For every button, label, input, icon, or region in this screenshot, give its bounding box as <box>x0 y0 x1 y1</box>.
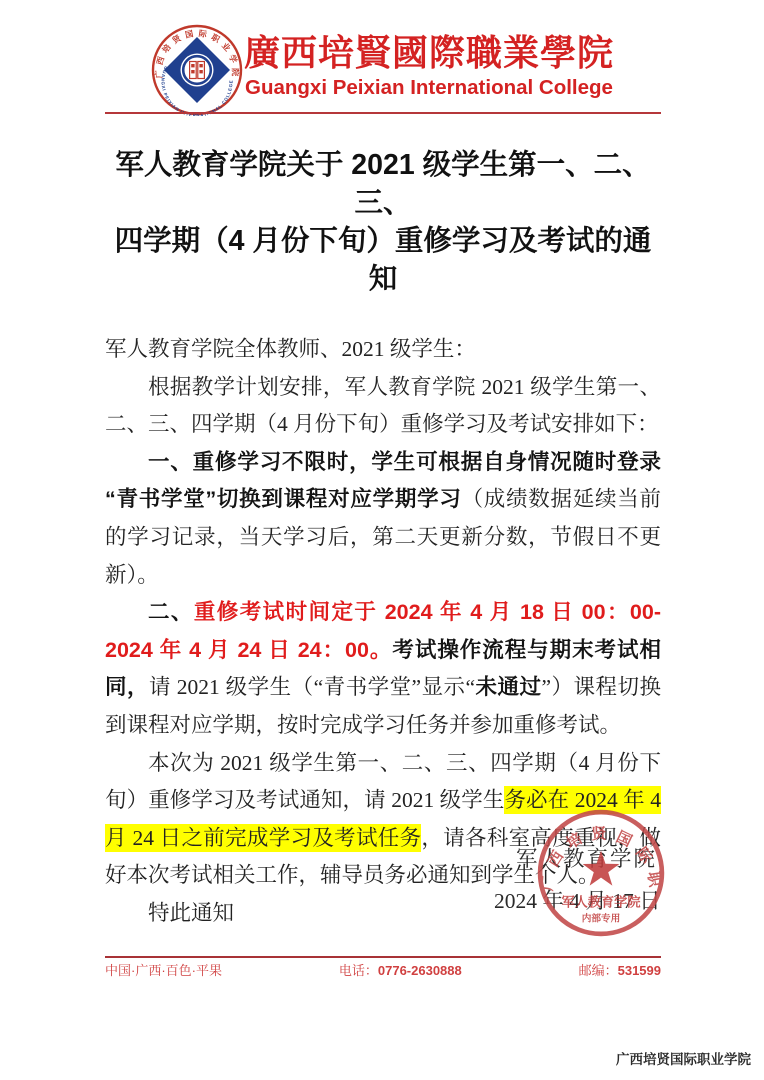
college-logo-icon: 广西培贤国际职业学院 GUANGXI PEIXIAN INTERNATIONAL… <box>151 24 243 116</box>
footer-contact-row: 中国·广西·百色·平果 电话：0776-2630888 邮编：531599 <box>105 962 661 980</box>
notice-title-line1: 军人教育学院关于 2021 级学生第一、二、三、 <box>115 149 650 219</box>
notice-title: 军人教育学院关于 2021 级学生第一、二、三、 四学期（4 月份下旬）重修学习… <box>105 146 661 298</box>
header-divider-line <box>105 112 661 114</box>
stamp-star-icon <box>583 851 620 886</box>
footer-address: 中国·广西·百色·平果 <box>105 962 222 980</box>
footer-divider-line <box>105 956 661 958</box>
paragraph-intro: 根据教学计划安排，军人教育学院 2021 级学生第一、二、三、四学期（4 月份下… <box>105 369 661 444</box>
item2-not-passed-bold: 未通过 <box>475 675 541 699</box>
salutation-line: 军人教育学院全体教师、2021 级学生： <box>105 331 661 369</box>
stamp-internal-use-text: 内部专用 <box>582 913 621 925</box>
college-name-chinese: 廣西培賢國際職業學院 <box>238 30 620 76</box>
footer-phone-label: 电话： <box>339 963 378 978</box>
college-name-english: Guangxi Peixian International College <box>238 76 620 100</box>
footer-postcode: 邮编：531599 <box>579 962 661 980</box>
paragraph-item-2: 二、重修考试时间定于 2024 年 4 月 18 日 00：00-2024 年 … <box>105 594 661 744</box>
corner-watermark-text: 广西培贤国际职业学院 <box>616 1048 751 1068</box>
letterhead: 廣西培賢國際職業學院 Guangxi Peixian International… <box>238 30 620 100</box>
official-seal-stamp: 广西培贤国际职业学院 军人教育学院 内部专用 <box>533 805 669 941</box>
notice-document-page: 广西培贤国际职业学院 GUANGXI PEIXIAN INTERNATIONAL… <box>0 0 764 1080</box>
item2-number: 二、 <box>148 600 194 624</box>
stamp-department-text: 军人教育学院 <box>561 893 641 909</box>
paragraph-item-1: 一、重修学习不限时，学生可根据自身情况随时登录 “青书学堂”切换到课程对应学期学… <box>105 444 661 594</box>
footer-postcode-label: 邮编： <box>579 963 618 978</box>
footer-phone: 电话：0776-2630888 <box>339 962 462 980</box>
footer-phone-number: 0776-2630888 <box>378 963 462 978</box>
footer-postcode-value: 531599 <box>618 963 661 978</box>
item2-regular-text-1: 请 2021 级学生（“青书学堂”显示“ <box>149 675 475 699</box>
notice-title-line2: 四学期（4 月份下旬）重修学习及考试的通知 <box>115 225 652 295</box>
